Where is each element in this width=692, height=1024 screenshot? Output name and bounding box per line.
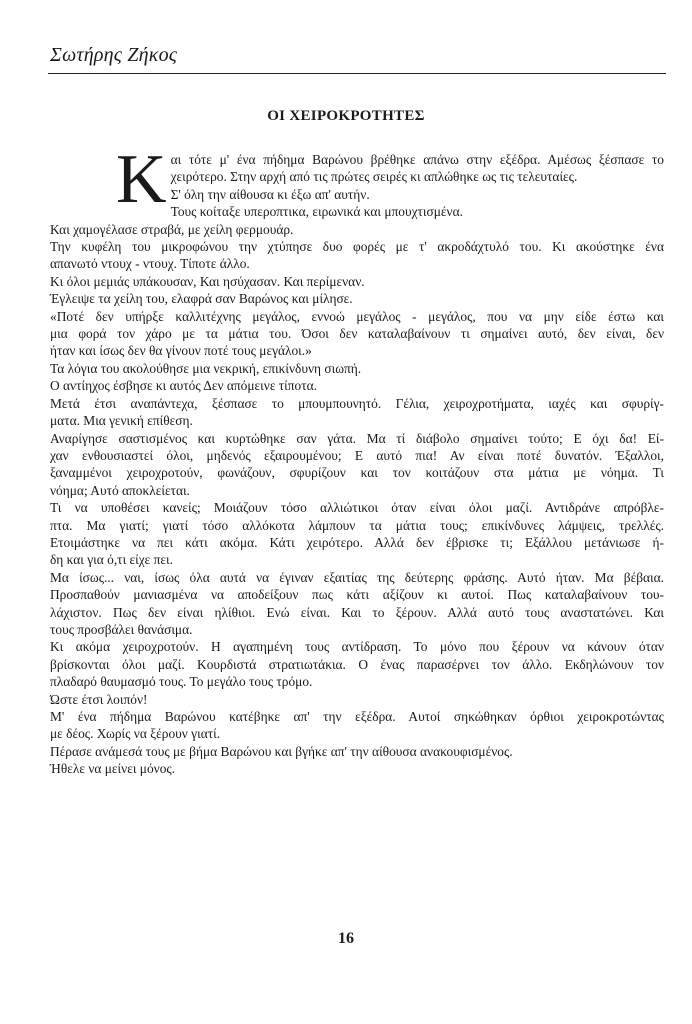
text-line: Πέρασε ανάμεσά τους με βήμα Βαρώνου και … bbox=[50, 743, 664, 760]
text-line: Και χαμογέλασε στραβά, με χείλη φερμουάρ… bbox=[50, 221, 664, 238]
text-line: Ο αντίηχος έσβησε κι αυτός Δεν απόμεινε … bbox=[50, 377, 664, 394]
text-line: Μα ίσως... ναι, ίσως όλα αυτά να έγιναν … bbox=[50, 569, 664, 586]
text-line: «Ποτέ δεν υπήρξε καλλιτέχνης μεγάλος, εν… bbox=[50, 308, 664, 325]
text-line: μια φορά τον χάρο με τα μάτια του. Όσοι … bbox=[50, 325, 664, 342]
text-line: ήταν και ίσως δεν θα γίνουν ποτέ τους με… bbox=[50, 342, 664, 359]
text-line: Ώστε έτσι λοιπόν! bbox=[50, 691, 664, 708]
text-line: Προσπαθούν μανιασμένα να αποδείξουν πως … bbox=[50, 586, 664, 603]
text-line: Τι να υποθέσει κανείς; Μοιάζουν τόσο αλλ… bbox=[50, 499, 664, 516]
text-line: λάχιστον. Πως δεν είναι ηλίθιοι. Ενώ είν… bbox=[50, 604, 664, 621]
text-line: Την κυφέλη του μικροφώνου την χτύπησε δυ… bbox=[50, 238, 664, 255]
running-head-author: Σωτήρης Ζήκος bbox=[50, 44, 177, 67]
text-line: ξαναμμένοι χειροχροτούν, φωνάζουν, σφυρί… bbox=[50, 464, 664, 481]
text-line: Ήθελε να μείνει μόνος. bbox=[50, 760, 664, 777]
text-line: Αναρίγησε σαστισμένος και κυρτώθηκε σαν … bbox=[50, 430, 664, 447]
text-line: Κι ακόμα χειροχροτούν. Η αγαπημένη τους … bbox=[50, 638, 664, 655]
paragraph-lines: Τους κοίταξε υπεροπτικα, ειρωνικά και μπ… bbox=[50, 203, 664, 777]
text-line: απανωτό ντουχ - ντουχ. Τίποτε άλλο. bbox=[50, 255, 664, 272]
text-line: Τα λόγια του ακολούθησε μια νεκρική, επι… bbox=[50, 360, 664, 377]
text-line: Κι όλοι μεμιάς υπάκουσαν, Και ησύχασαν. … bbox=[50, 273, 664, 290]
text-line: τους προσβάλει θανάσιμα. bbox=[50, 621, 664, 638]
story-title: ΟΙ ΧΕΙΡΟΚΡΟΤΗΤΕΣ bbox=[0, 108, 692, 125]
story-body: Κ αι τότε μ' ένα πήδημα Βαρώνου βρέθηκε … bbox=[50, 151, 664, 778]
text-line: βρίσκονται όλοι μαζί. Κουρδιστά στρατιωτ… bbox=[50, 656, 664, 673]
text-line: με δέος. Χωρίς να ξέρουν γιατί. bbox=[50, 725, 664, 742]
text-line: νόημα; Αυτό αποκλείεται. bbox=[50, 482, 664, 499]
text-line: Ετοιμάστηκε να πει κάτι ακόμα. Κάτι χειρ… bbox=[50, 534, 664, 551]
text-line: Μ' ένα πήδημα Βαρώνου κατέβηκε απ' την ε… bbox=[50, 708, 664, 725]
header-rule bbox=[48, 73, 666, 74]
text-line: πλαδαρό θαυμασμό τους. Το μεγάλο τους τρ… bbox=[50, 673, 664, 690]
page-number: 16 bbox=[0, 930, 692, 948]
text-line: ματα. Μια γενική επίθεση. bbox=[50, 412, 664, 429]
text-line: πτα. Μα γιατί; γιατί τόσο αλλόκοτα λάμπο… bbox=[50, 517, 664, 534]
first-paragraph: Κ αι τότε μ' ένα πήδημα Βαρώνου βρέθηκε … bbox=[50, 151, 664, 203]
text-line: χαν ενθουσιαστεί όλοι, μηδενός εξαιρουμέ… bbox=[50, 447, 664, 464]
text-line: Μετά έτσι αναπάντεχα, ξέσπασε το μπουμπο… bbox=[50, 395, 664, 412]
text-line: δη και για ό,τι είχε πει. bbox=[50, 551, 664, 568]
drop-cap: Κ bbox=[116, 152, 167, 206]
text-line: Έγλειψε τα χείλη του, ελαφρά σαν Βαρώνος… bbox=[50, 290, 664, 307]
